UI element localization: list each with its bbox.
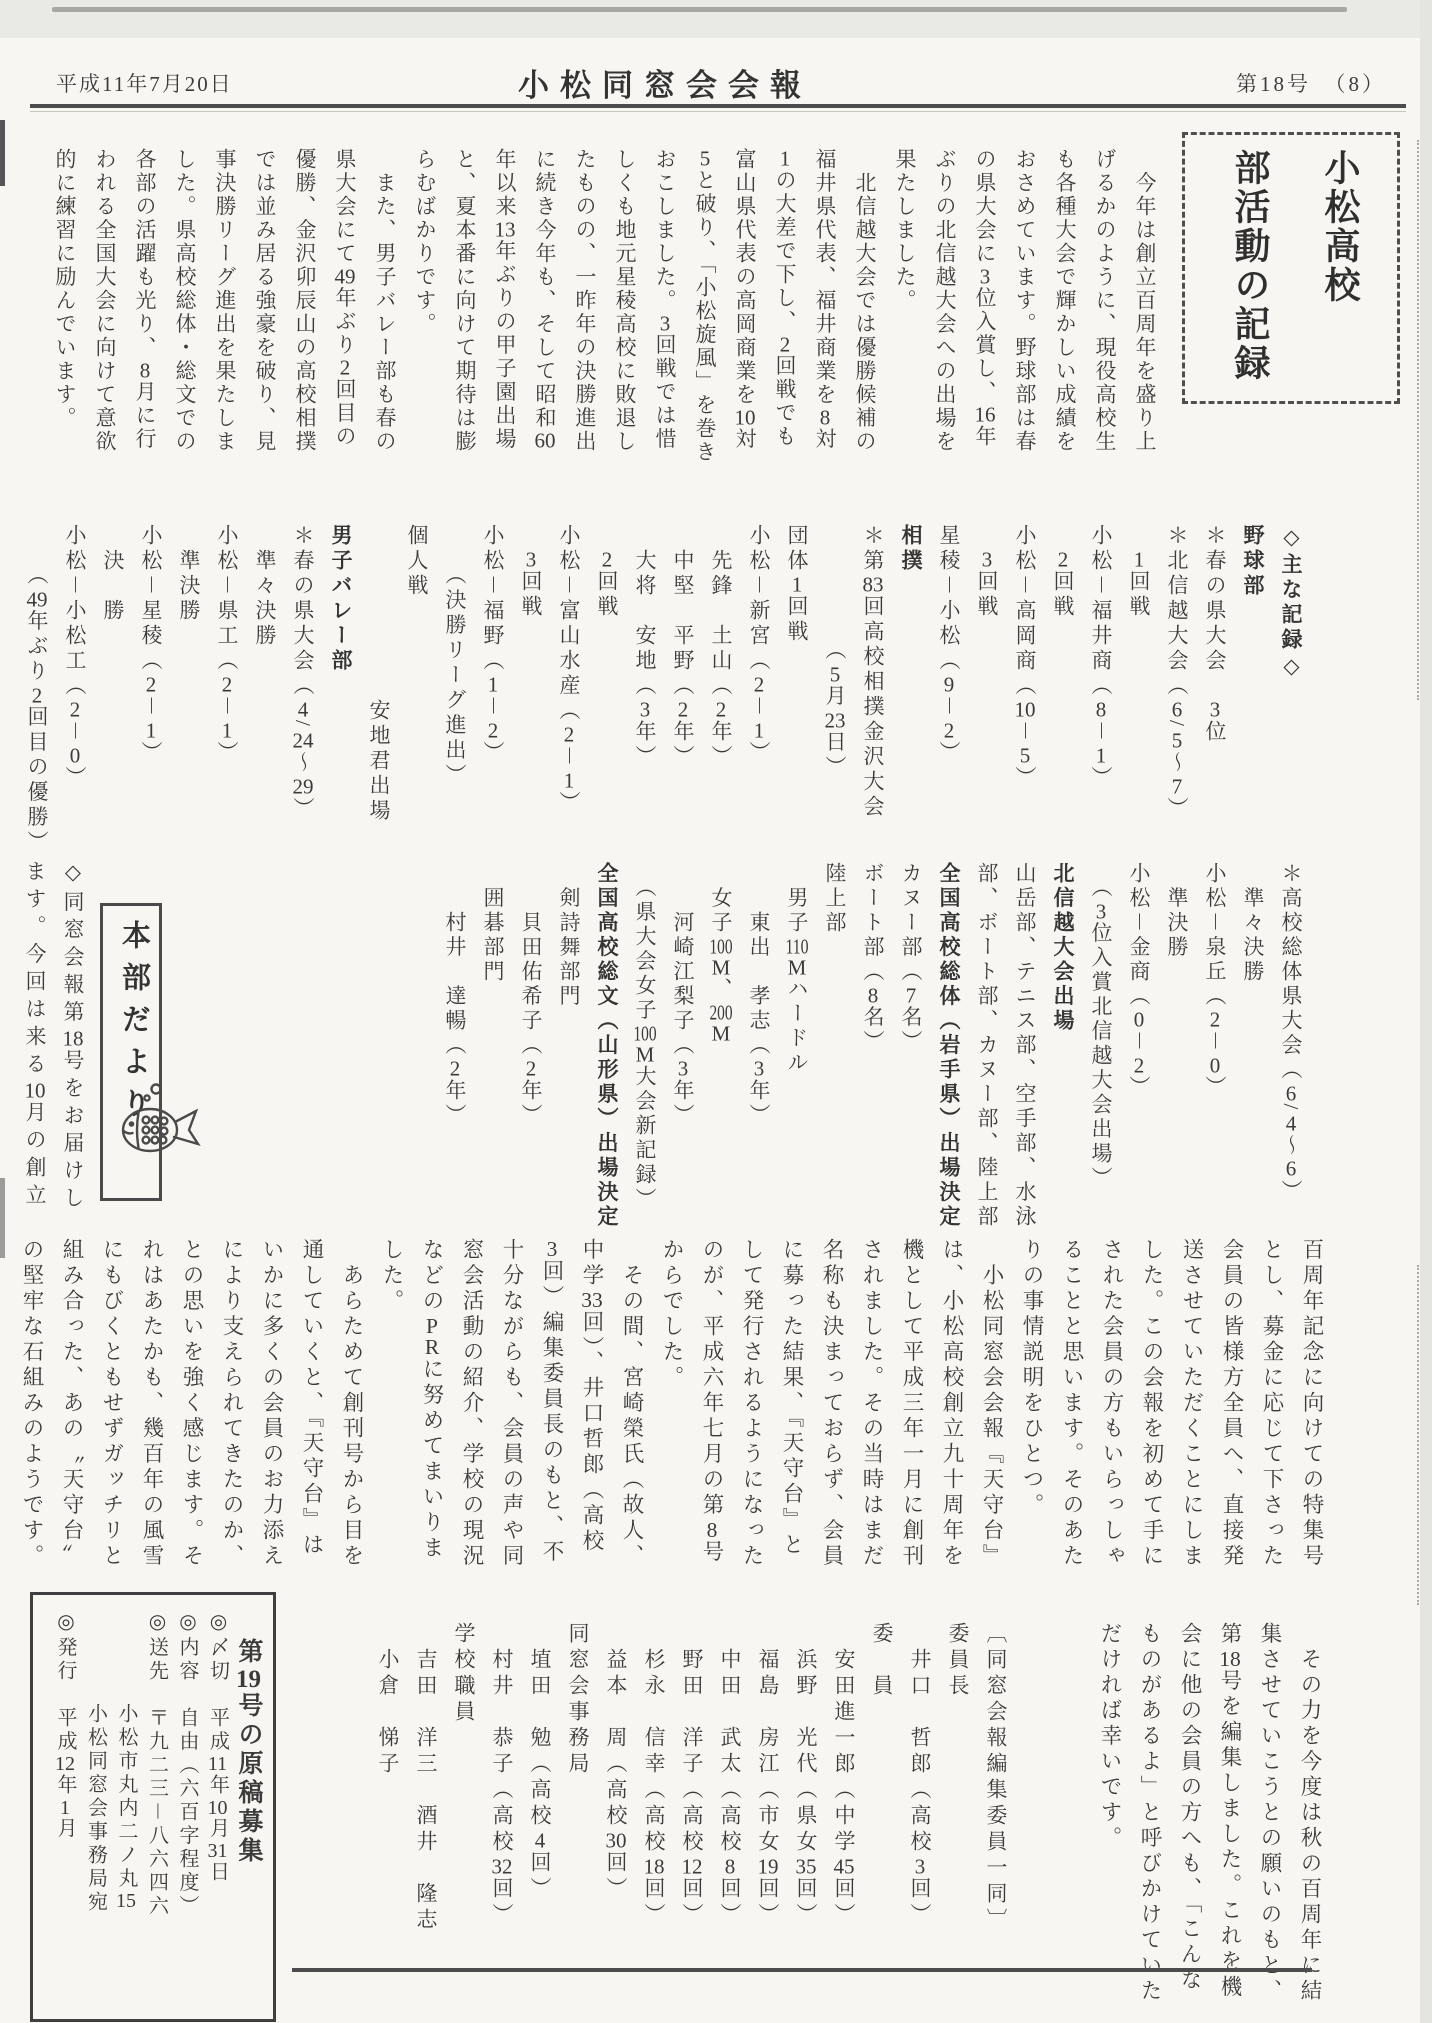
text-column: 3回戦 (512, 524, 550, 884)
text-column: 福島 房江（市女19回） (749, 1622, 787, 2017)
fish-icon (116, 1080, 212, 1162)
records-row-1: ◇主な記録◇野球部＊春の県大会 3位＊北信越大会（6/5〜7） 1回戦小松－福井… (25, 524, 1310, 884)
text-column: 囲碁部門 (474, 862, 512, 1234)
text-column: 準々決勝 (246, 524, 284, 884)
editors-postscript: その力を今度は秋の百周年に結集させていこうとの願いのもと、第18号を編集しました… (1032, 1622, 1330, 2012)
newsletter-page: 平成11年7月20日 小松同窓会会報 第18号 （8） 小松高校部活動の記録 今… (0, 0, 1432, 2023)
recruit-title: 第19号の原稿募集 (233, 1609, 264, 2005)
text-column: 小松－金商（0－2） (1120, 862, 1158, 1234)
records-heading: ◇主な記録◇ (1272, 524, 1310, 884)
text-column: 小松同窓会会報『天守台』は、小松高校創立九十周年を機として平成三年一月に創刊され… (652, 1238, 1012, 1574)
text-column: 埴田 勉（高校4回） (521, 1622, 559, 2017)
text-column: 安地君出場 (360, 524, 398, 884)
label-office: 同窓会事務局 (559, 1622, 597, 2017)
text-column: 井口 哲郎（高校3回） (901, 1622, 939, 2017)
text-column: 小松－泉丘（2－0） (1196, 862, 1234, 1234)
text-column: 村井 恭子（高校32回） (483, 1622, 521, 2017)
honbu-opening-text: ◇同窓会報第18号をお届けします。今回は来る10月の創立 (10, 860, 92, 1238)
section-divider-rule (292, 1968, 1312, 1972)
submission-box: 第19号の原稿募集◎〆切 平成11年10月31日◎内容 自由（六百字程度）◎送先… (30, 1592, 276, 2022)
text-column: ◎内容 自由（六百字程度） (172, 1609, 203, 2005)
scan-top-band (0, 0, 1432, 38)
label-chairman: 委員長 (939, 1622, 977, 2017)
text-column: 小松－富山水産（2－1） (550, 524, 588, 884)
records-row-2: ＊高校総体県大会（6/4〜6） 準々決勝小松－泉丘（2－0） 準決勝小松－金商（… (242, 862, 1310, 1234)
intro-article: 今年は創立百周年を盛り上げるかのように、現役高校生も各種大会で輝かしい成績をおさ… (25, 148, 1165, 466)
heading-hokushinetsu: 北信越大会出場 (1044, 862, 1082, 1234)
text-column: あらためて創刊号から目を通していくと、『天守台』はいかに多くの会員のお力添えによ… (12, 1238, 372, 1574)
page-header: 平成11年7月20日 小松同窓会会報 第18号 （8） (0, 56, 1432, 102)
text-column: 村井 達暢（2年） (436, 862, 474, 1234)
text-column: 小松市丸内二ノ丸15 (111, 1609, 142, 2005)
honbu-article: 百周年記念に向けての特集号とし、募金に応じて下さった会員の皆様方全員へ、直接発送… (8, 1238, 1332, 1574)
text-column: 小松－県工（2－1） (208, 524, 246, 884)
issue-date: 平成11年7月20日 (56, 68, 233, 98)
text-column: 3回戦 (968, 524, 1006, 884)
committee-list: 〔同窓会報編集委員一同〕委員長 井口 哲郎（高校3回）委 員 安田進一郎（中学4… (303, 1622, 1015, 2017)
text-column: （決勝リーグ進出） (436, 524, 474, 884)
text-column: 陸上部 (816, 862, 854, 1234)
text-column: 剣詩舞部門 (550, 862, 588, 1234)
text-column: カヌー部（7名） (892, 862, 930, 1234)
text-column: 北信越大会では優勝候補の福井県代表、福井商業を8対1の大差で下し、2回戦でも富山… (405, 148, 885, 466)
text-column: 中田 武太（高校8回） (711, 1622, 749, 2017)
text-column: 小松－福野（1－2） (474, 524, 512, 884)
text-column: 浜野 光代（県女35回） (787, 1622, 825, 2017)
text-column: その力を今度は秋の百周年に結集させていこうとの願いのもと、第18号を編集しました… (1090, 1622, 1330, 2012)
text-column: 小松－福井商（8－1） (1082, 524, 1120, 884)
text-column: ◎〆切 平成11年10月31日 (202, 1609, 233, 2005)
text-column: 準決勝 (170, 524, 208, 884)
text-column: 吉田 洋三 酒井 隆志 (407, 1622, 445, 2017)
text-column: 2回戦 (1044, 524, 1082, 884)
committee-signature: 〔同窓会報編集委員一同〕 (977, 1622, 1015, 2017)
scan-smudge-line (52, 7, 1347, 12)
label-members: 委 員 (863, 1622, 901, 2017)
text-column: 杉永 信幸（高校18回） (635, 1622, 673, 2017)
feature-title-box: 小松高校部活動の記録 (1182, 132, 1400, 404)
scan-right-edge (1420, 0, 1432, 2023)
heading-soubun: 全国高校総文（山形県）出場決定 (588, 862, 626, 1234)
header-rule (30, 104, 1406, 108)
text-column: 百周年記念に向けての特集号とし、募金に応じて下さった会員の皆様方全員へ、直接発送… (1012, 1238, 1332, 1574)
text-column: 山岳部、テニス部、空手部、水泳部、ボート部、カヌー部、陸上部 (968, 862, 1044, 1234)
text-column: 個人戦 (398, 524, 436, 884)
text-column: 貝田佑希子（2年） (512, 862, 550, 1234)
text-column: 先鋒 土山（2年） (702, 524, 740, 884)
text-column: 今年は創立百周年を盛り上げるかのように、現役高校生も各種大会で輝かしい成績をおさ… (885, 148, 1165, 466)
text-column: ＊高校総体県大会（6/4〜6） (1272, 862, 1310, 1234)
text-column: 準々決勝 (1234, 862, 1272, 1234)
club-heading-baseball: 野球部 (1234, 524, 1272, 884)
text-column: 安田進一郎（中学45回） (825, 1622, 863, 2017)
text-column: ボート部（8名） (854, 862, 892, 1234)
text-column: 野田 洋子（高校12回） (673, 1622, 711, 2017)
text-column: 大将 安地（3年） (626, 524, 664, 884)
page-edge-marks (1417, 140, 1419, 700)
page-edge-marks (1417, 1265, 1419, 1605)
text-column: 小松同窓会事務局宛 (80, 1609, 111, 2005)
text-column: 決 勝 (94, 524, 132, 884)
text-column: 小松－高岡商（10－5） (1006, 524, 1044, 884)
submission-entries: 第19号の原稿募集◎〆切 平成11年10月31日◎内容 自由（六百字程度）◎送先… (45, 1609, 263, 2005)
text-column: 2回戦 (588, 524, 626, 884)
text-column: 男子110Mハードル (778, 862, 816, 1234)
scan-left-mark (0, 120, 5, 186)
text-column: その間、宮崎榮氏（故人、中学33回）、井口哲郎（高校3回）編集委員長のもと、不十… (372, 1238, 652, 1574)
text-column: 小松－小松工（2－0） (56, 524, 94, 884)
text-column: 星稜－小松（9－2） (930, 524, 968, 884)
text-column: 小松－新宮（2－1） (740, 524, 778, 884)
text-column: 益本 周（高校30回） (597, 1622, 635, 2017)
text-column: 準決勝 (1158, 862, 1196, 1234)
text-column: 小松－星稜（2－1） (132, 524, 170, 884)
text-column: ◎発行 平成12年1月 (50, 1609, 81, 2005)
text-column: 小倉 悌子 (369, 1622, 407, 2017)
scan-left-mark (0, 1178, 5, 1258)
text-column: ＊春の県大会（4/24〜29） (284, 524, 322, 884)
text-column: ＊春の県大会 3位 (1196, 524, 1234, 884)
text-column: ＊第83回高校相撲金沢大会 （5月23日） (816, 524, 892, 884)
feature-title: 小松高校部活動の記録 (1205, 149, 1385, 385)
text-column: ＊北信越大会（6/5〜7） (1158, 524, 1196, 884)
club-heading-volleyball: 男子バレー部 (322, 524, 360, 884)
text-column: 団体1回戦 (778, 524, 816, 884)
label-school-staff: 学校職員 (445, 1622, 483, 2017)
text-column: 河崎江梨子（3年） (664, 862, 702, 1234)
newsletter-title: 小松同窓会会報 (518, 60, 812, 105)
heading-soutai: 全国高校総体（岩手県）出場決定 (930, 862, 968, 1234)
text-column: （3位入賞北信越大会出場） (1082, 862, 1120, 1234)
text-column: 中堅 平野（2年） (664, 524, 702, 884)
text-column: ◎送先 〒九二三－八六四六 (141, 1609, 172, 2005)
header-rule-shadow (30, 111, 1406, 112)
text-column: 東出 孝志（3年） (740, 862, 778, 1234)
club-heading-sumo: 相撲 (892, 524, 930, 884)
text-column: （49年ぶり2回目の優勝） (18, 524, 56, 884)
text-column: 1回戦 (1120, 524, 1158, 884)
text-column: （県大会女子100M大会新記録） (626, 862, 664, 1234)
text-column: また、男子バレー部も春の県大会にて49年ぶり2回目の優勝、金沢卯辰山の高校相撲で… (45, 148, 405, 466)
issue-number: 第18号 （8） (1236, 68, 1386, 98)
text-column: 女子100M、200M (702, 862, 740, 1234)
